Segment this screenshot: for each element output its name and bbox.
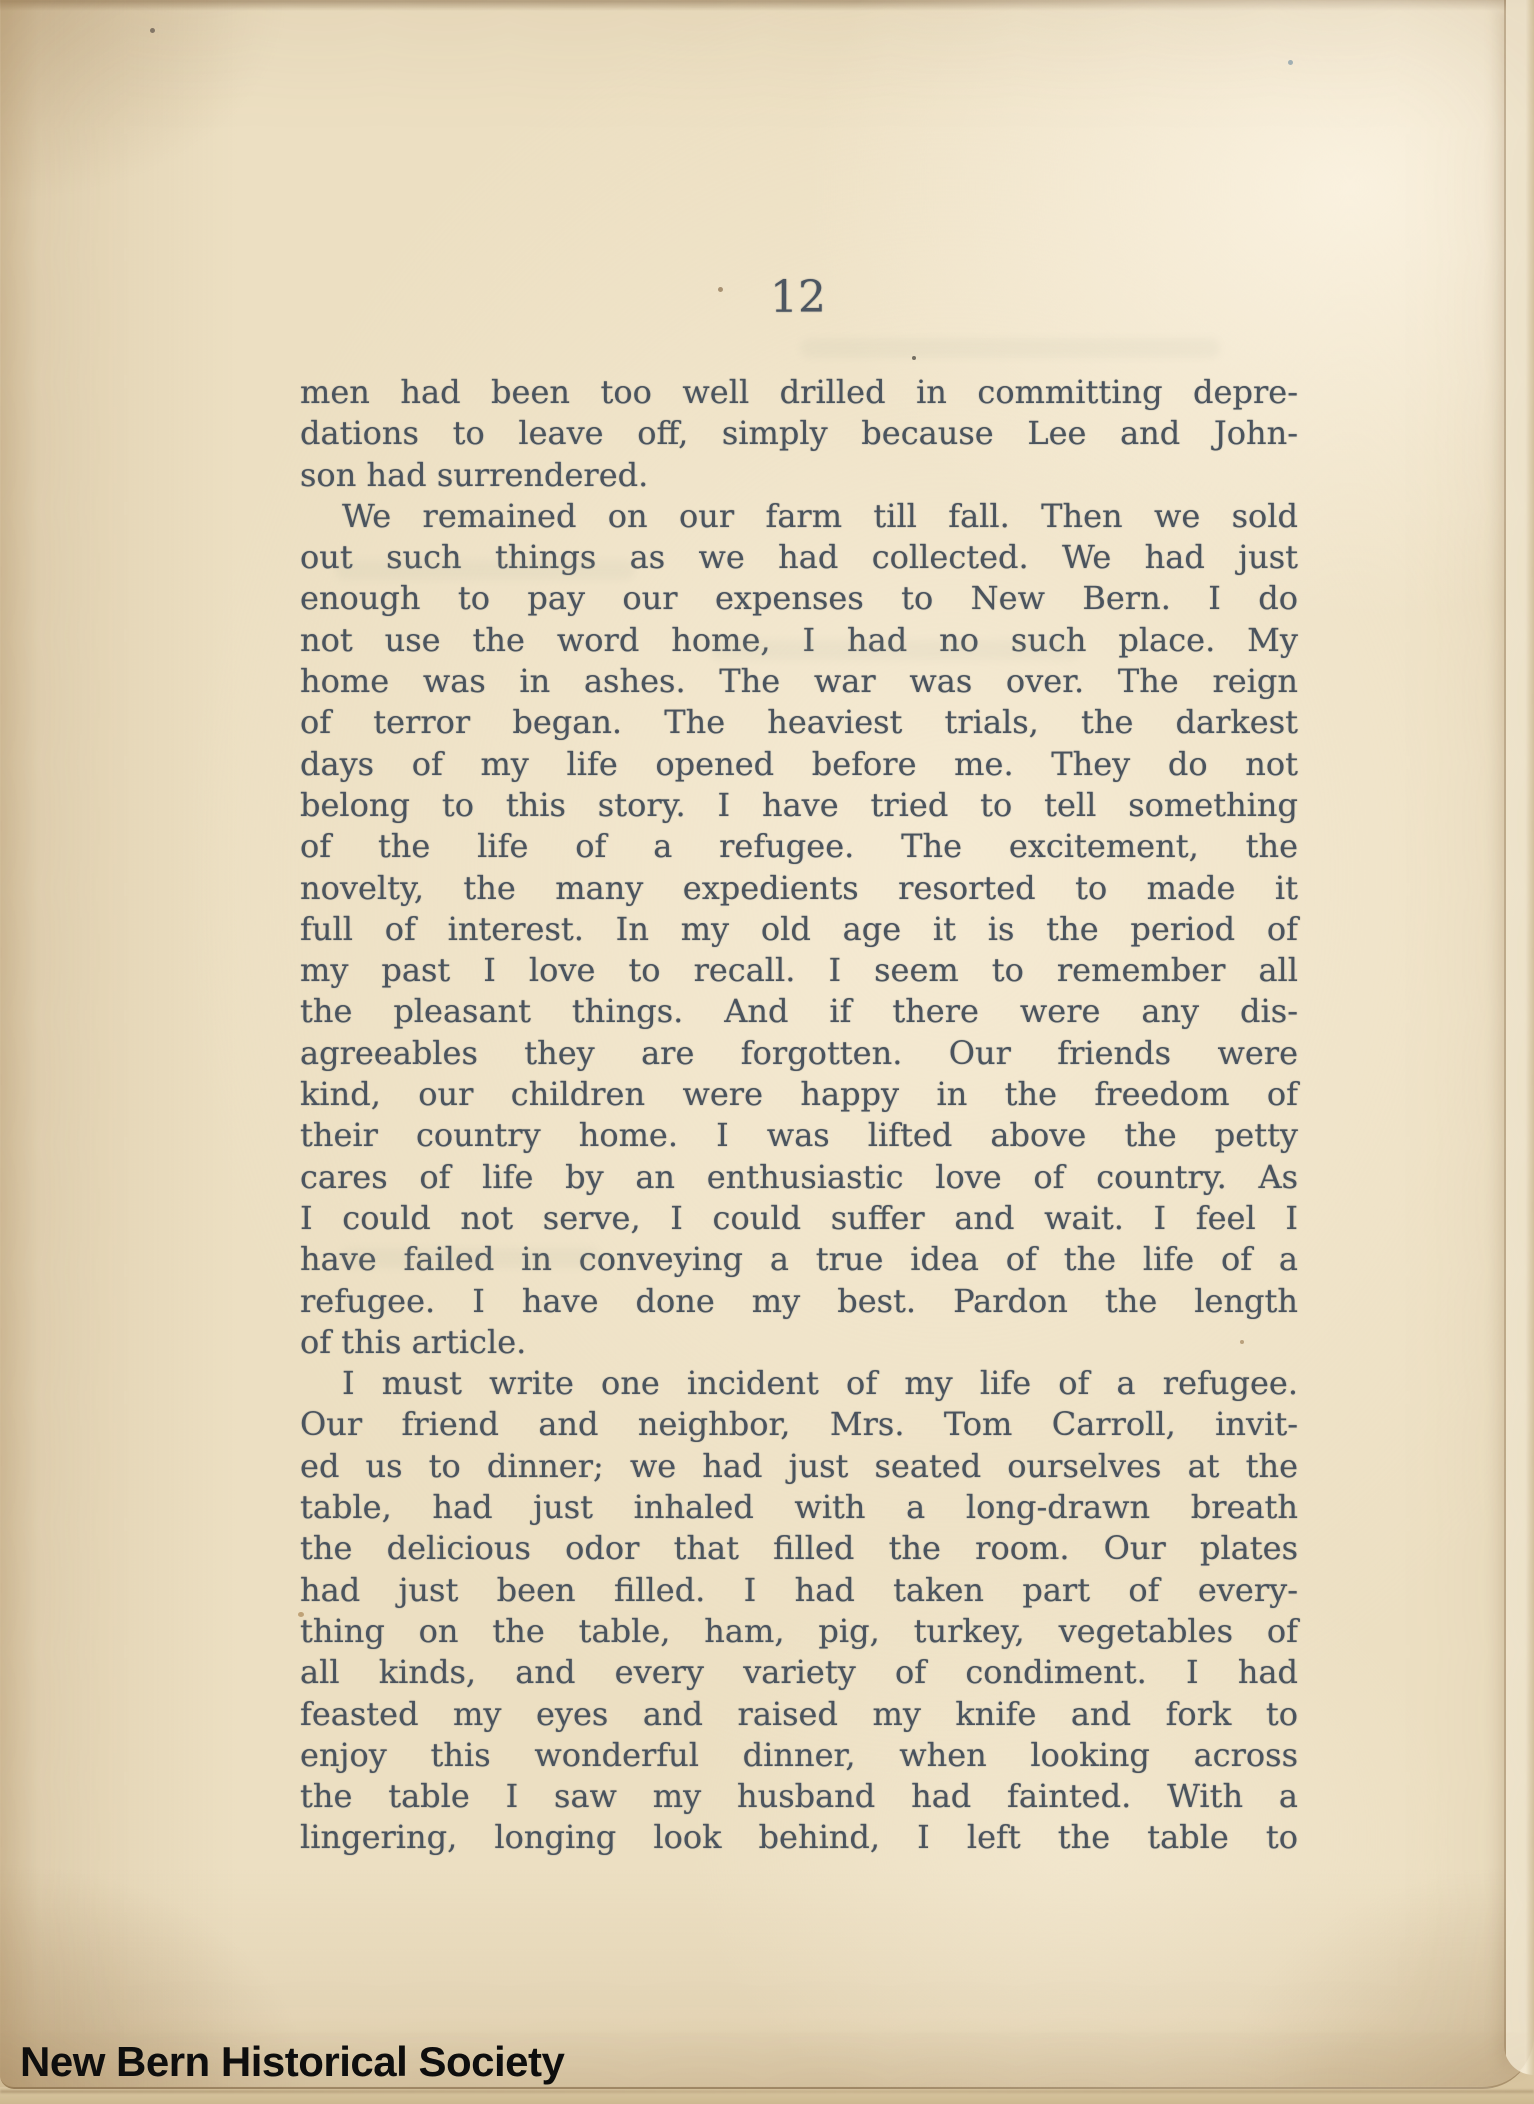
text-line: refugee. I have done my best. Pardon the…: [300, 1281, 1298, 1322]
text-line: have failed in conveying a true idea of …: [300, 1239, 1298, 1280]
text-line: I must write one incident of my life of …: [300, 1363, 1298, 1404]
text-line: lingering, longing look behind, I left t…: [300, 1817, 1298, 1858]
text-line: the table I saw my husband had fainted. …: [300, 1776, 1298, 1817]
text-line: not use the word home, I had no such pla…: [300, 620, 1298, 661]
page-right-edge: [1504, 0, 1534, 2075]
ink-showthrough: [800, 338, 1220, 358]
text-line: ed us to dinner; we had just seated ours…: [300, 1446, 1298, 1487]
text-line: kind, our children were happy in the fre…: [300, 1074, 1298, 1115]
text-line: the pleasant things. And if there were a…: [300, 991, 1298, 1032]
text-line: days of my life opened before me. They d…: [300, 744, 1298, 785]
text-line: Our friend and neighbor, Mrs. Tom Carrol…: [300, 1404, 1298, 1445]
text-line: their country home. I was lifted above t…: [300, 1115, 1298, 1156]
text-line: dations to leave off, simply because Lee…: [300, 413, 1298, 454]
text-line: of terror began. The heaviest trials, th…: [300, 702, 1298, 743]
text-line: all kinds, and every variety of condimen…: [300, 1652, 1298, 1693]
paper-speck: [1288, 60, 1293, 65]
text-line: men had been too well drilled in committ…: [300, 372, 1298, 413]
text-line: thing on the table, ham, pig, turkey, ve…: [300, 1611, 1298, 1652]
text-line: the delicious odor that filled the room.…: [300, 1528, 1298, 1569]
body-text: men had been too well drilled in committ…: [300, 372, 1298, 1859]
text-line: home was in ashes. The war was over. The…: [300, 661, 1298, 702]
text-line: my past I love to recall. I seem to reme…: [300, 950, 1298, 991]
page-surface: 12 men had been too well drilled in comm…: [0, 0, 1534, 2089]
text-line: We remained on our farm till fall. Then …: [300, 496, 1298, 537]
text-line: of the life of a refugee. The excitement…: [300, 826, 1298, 867]
text-line: cares of life by an enthusiastic love of…: [300, 1157, 1298, 1198]
scanned-book-page-photo: 12 men had been too well drilled in comm…: [0, 0, 1534, 2104]
text-line: feasted my eyes and raised my knife and …: [300, 1694, 1298, 1735]
bottom-crease: [0, 2090, 1534, 2093]
text-line: full of interest. In my old age it is th…: [300, 909, 1298, 950]
text-line: of this article.: [300, 1322, 1298, 1363]
text-line: table, had just inhaled with a long-draw…: [300, 1487, 1298, 1528]
paper-speck: [150, 28, 155, 33]
text-line: belong to this story. I have tried to te…: [300, 785, 1298, 826]
text-line: enjoy this wonderful dinner, when lookin…: [300, 1735, 1298, 1776]
watermark-label: New Bern Historical Society: [20, 2041, 564, 2083]
text-line: novelty, the many expedients resorted to…: [300, 868, 1298, 909]
text-line: out such things as we had collected. We …: [300, 537, 1298, 578]
page-number: 12: [698, 276, 898, 320]
text-line: enough to pay our expenses to New Bern. …: [300, 578, 1298, 619]
text-line: had just been filled. I had taken part o…: [300, 1570, 1298, 1611]
text-line: son had surrendered.: [300, 455, 1298, 496]
text-line: I could not serve, I could suffer and wa…: [300, 1198, 1298, 1239]
text-line: agreeables they are forgotten. Our frien…: [300, 1033, 1298, 1074]
paper-speck: [912, 356, 916, 360]
